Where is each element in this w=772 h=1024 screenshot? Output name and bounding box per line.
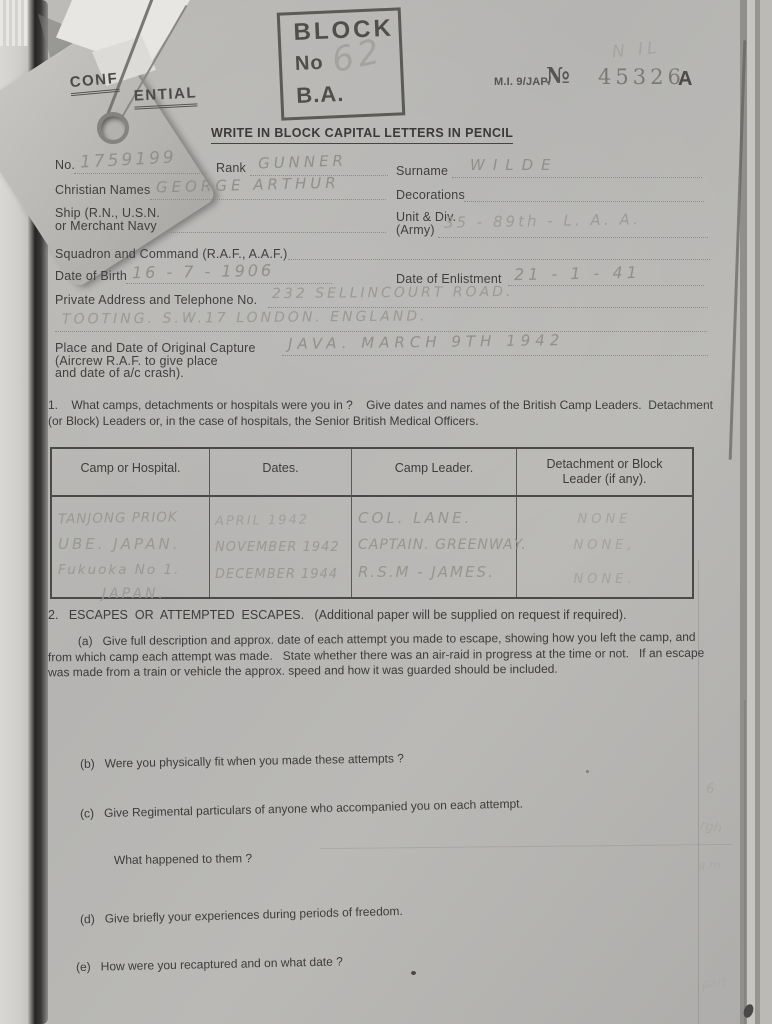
capture-note: and date of a/c crash). xyxy=(55,366,184,380)
capture-value: JAVA. MARCH 9TH 1942 xyxy=(288,331,565,353)
ink-speck xyxy=(411,971,416,975)
block-stamp-line: B.A. xyxy=(296,81,345,109)
margin-note: part xyxy=(701,975,727,991)
ship-label: or Merchant Navy xyxy=(55,219,157,233)
leader-cell-line: CAPTAIN. GREENWAY. xyxy=(358,532,516,559)
unit-div-label: (Army) xyxy=(396,223,435,237)
detachment-cell-line: NONE, xyxy=(517,533,692,559)
christian-names-label: Christian Names xyxy=(55,183,150,197)
page-crease xyxy=(744,700,746,1024)
file-reference-prefix: M.I. 9/JAP/ xyxy=(494,76,551,88)
rank-value: GUNNER xyxy=(258,151,348,172)
question-1-text: 1. What camps, detachments or hospitals … xyxy=(48,398,716,429)
right-page-edge xyxy=(760,0,772,1024)
table-header-leader: Camp Leader. xyxy=(352,449,517,495)
private-address-value: TOOTING. S.W.17 LONDON. ENGLAND. xyxy=(62,308,428,327)
surname-value: WILDE xyxy=(470,156,559,174)
confidential-stamp: ENTIAL xyxy=(133,84,197,109)
detachment-cell-line: NONE. xyxy=(517,567,692,593)
camp-cell-line: UBE. JAPAN. xyxy=(58,531,209,557)
dates-cell-line: NOVEMBER 1942 xyxy=(215,534,351,561)
section-2-heading: 2. ESCAPES OR ATTEMPTED ESCAPES. (Additi… xyxy=(48,608,716,624)
serial-number-stamp: 45326 xyxy=(598,65,685,89)
decorations-label: Decorations xyxy=(396,188,465,202)
date-of-enlistment-value: 21 - 1 - 41 xyxy=(514,263,641,284)
table-header-camp: Camp or Hospital. xyxy=(52,449,210,495)
dates-cell-line: DECEMBER 1944 xyxy=(215,561,351,588)
private-address-value: 232 SELLINCOURT ROAD. xyxy=(272,284,514,302)
tag-hole xyxy=(97,112,129,144)
capture-label: Place and Date of Original Capture xyxy=(55,341,256,355)
camp-cell-line: Fukuoka No 1. xyxy=(58,557,209,583)
rank-label: Rank xyxy=(216,161,246,175)
detachment-cell-line: NONE xyxy=(517,507,692,533)
date-of-birth-label: Date of Birth xyxy=(55,269,127,283)
private-address-label: Private Address and Telephone No. xyxy=(55,293,257,307)
surname-label: Surname xyxy=(396,164,448,178)
serial-suffix-stamp: A xyxy=(678,68,693,91)
confidential-stamp: CONF xyxy=(69,70,119,96)
no-sign-stamp: № xyxy=(546,63,570,89)
ship-label: Ship (R.N., U.S.N. xyxy=(55,206,160,220)
ink-speck xyxy=(586,770,589,773)
leader-cell-line: COL. LANE. xyxy=(358,505,516,532)
scanned-pow-questionnaire: CONF ENTIAL BLOCK No B.A. 62 M.I. 9/JAP/… xyxy=(0,0,772,1024)
margin-note: 6 xyxy=(706,782,714,797)
instruction-heading: WRITE IN BLOCK CAPITAL LETTERS IN PENCIL xyxy=(211,126,513,144)
table-header-dates: Dates. xyxy=(210,449,352,495)
service-no-label: No. xyxy=(55,158,75,172)
question-2a-text: (a) Give full description and approx. da… xyxy=(48,630,716,681)
camp-cell-line: TANJONG PRIOK xyxy=(58,504,209,533)
squadron-label: Squadron and Command (R.A.F., A.A.F.) xyxy=(55,247,288,261)
table-header-detachment: Detachment or Block Leader (if any). xyxy=(517,449,692,495)
date-of-birth-value: 16 - 7 - 1906 xyxy=(132,261,274,282)
right-page-edge xyxy=(747,0,755,1024)
unit-div-value: 35 - 89th - L. A. A. xyxy=(444,210,641,231)
camps-table: Camp or Hospital. Dates. Camp Leader. De… xyxy=(50,447,694,599)
dates-cell-line: APRIL 1942 xyxy=(215,506,351,535)
block-stamp-line: No xyxy=(294,52,324,76)
camp-cell-line: JAPAN. xyxy=(58,583,209,605)
leader-cell-line: R.S.M - JAMES. xyxy=(358,559,516,586)
margin-note: a.m xyxy=(698,858,721,872)
